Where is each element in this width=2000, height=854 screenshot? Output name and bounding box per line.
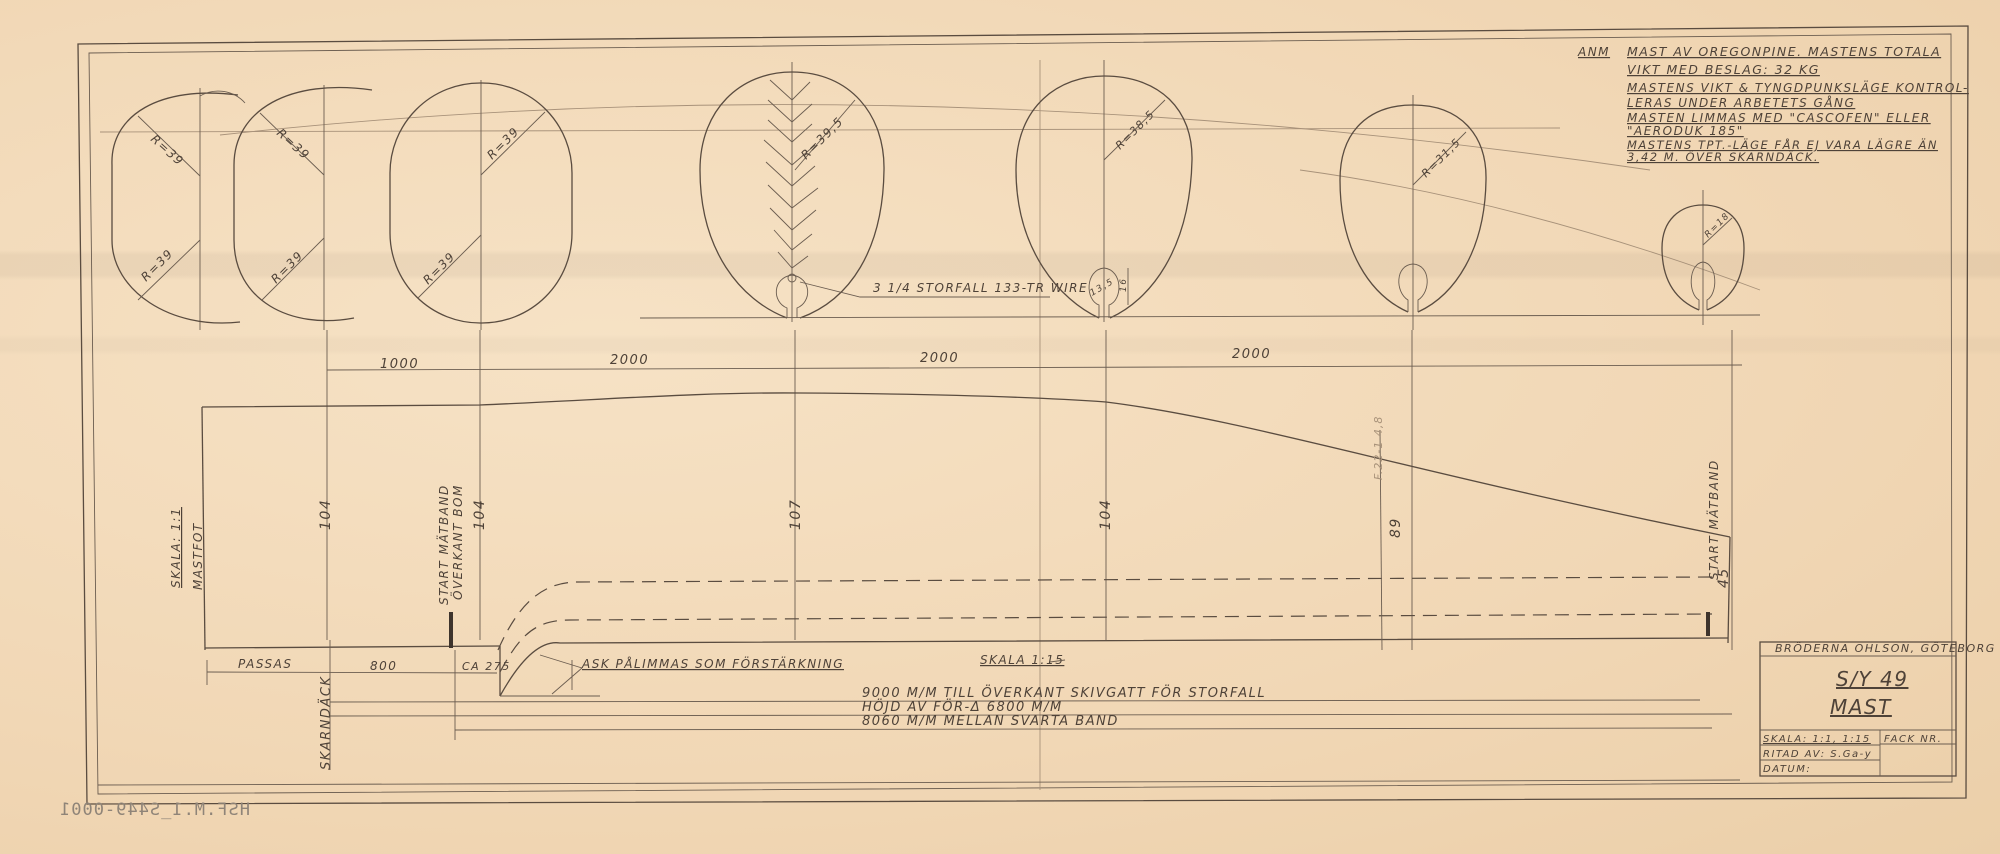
svg-text:MAST AV OREGONPINE. MASTENS TO: MAST AV OREGONPINE. MASTENS TOTALA [1627,44,1941,59]
svg-text:SKALA 1:15: SKALA 1:15 [980,653,1064,667]
svg-text:16: 16 [1119,278,1129,292]
svg-text:SKALA: 1:1: SKALA: 1:1 [169,507,183,588]
svg-text:MASTEN LIMMAS MED "CASCOFEN" E: MASTEN LIMMAS MED "CASCOFEN" ELLER [1627,111,1931,125]
svg-text:9000 M/M TILL ÖVERKANT SKIVGAT: 9000 M/M TILL ÖVERKANT SKIVGATT FÖR STOR… [862,684,1266,701]
archive-stamp: HSF.M.1_S449-0001 [59,800,250,820]
svg-text:R=39: R=39 [138,246,176,284]
drawing-sheet: R=39 R=39 R=39 R=39 R=39 R=39 [0,0,2000,854]
svg-text:8060 M/M MELLAN SVARTA BAND: 8060 M/M MELLAN SVARTA BAND [862,714,1119,729]
profile-notes: ASK PÅLIMMAS SOM FÖRSTÄRKNING SKALA 1:15… [581,653,1266,729]
svg-text:S/Y 49: S/Y 49 [1836,667,1908,691]
svg-text:104: 104 [472,499,488,530]
svg-text:HÖJD AV FÖR-Δ 6800 M/M: HÖJD AV FÖR-Δ 6800 M/M [862,698,1063,715]
svg-text:ANM: ANM [1577,45,1610,59]
svg-text:PASSAS: PASSAS [238,657,292,671]
svg-text:104: 104 [318,499,334,530]
svg-text:MAST: MAST [1830,695,1892,719]
svg-text:R=39,5: R=39,5 [798,114,846,162]
svg-text:MASTENS VIKT & TYNGDPUNKSLÄGE: MASTENS VIKT & TYNGDPUNKSLÄGE KONTROL- [1627,80,1969,95]
svg-text:R=38,5: R=38,5 [1113,107,1158,152]
svg-text:ASK PÅLIMMAS SOM FÖRSTÄRKNING: ASK PÅLIMMAS SOM FÖRSTÄRKNING [581,655,844,671]
svg-text:R=31,5: R=31,5 [1419,135,1464,180]
svg-text:3,42 M. ÖVER SKARNDÄCK.: 3,42 M. ÖVER SKARNDÄCK. [1627,148,1819,164]
svg-text:MASTFOT: MASTFOT [191,522,205,590]
svg-text:R=39: R=39 [420,249,458,287]
svg-text:F.22-1 4,8: F.22-1 4,8 [1372,416,1385,480]
svg-text:2000: 2000 [1232,347,1271,362]
svg-text:SKARNDÄCK: SKARNDÄCK [318,676,334,770]
svg-text:START MÄTBAND: START MÄTBAND [436,484,451,605]
notes-block: ANM MAST AV OREGONPINE. MASTENS TOTALA V… [1577,44,1969,164]
bottom-rule [98,780,1740,785]
station-dimensions: 1000 2000 2000 2000 [327,330,1742,650]
svg-text:2000: 2000 [920,351,959,366]
cross-section-4: R=39,5 3 1/4 STORFALL 133-TR WIRE [700,62,1088,322]
cross-section-7: R=18 [1662,190,1744,325]
svg-text:"AERODUK 185": "AERODUK 185" [1627,124,1744,138]
title-block: BRÖDERNA OHLSON, GÖTEBORG S/Y 49 MAST SK… [1760,642,1996,776]
svg-text:DATUM:: DATUM: [1763,764,1811,775]
mast-profile [202,393,1730,696]
svg-text:89: 89 [1388,517,1404,538]
svg-text:VIKT MED BESLAG: 32 KG: VIKT MED BESLAG: 32 KG [1627,62,1820,77]
cross-section-1: R=39 R=39 [112,88,245,330]
svg-text:LERAS UNDER ARBETETS GÅNG: LERAS UNDER ARBETETS GÅNG [1627,95,1855,110]
svg-text:2000: 2000 [610,353,649,368]
svg-text:13,5: 13,5 [1089,277,1117,299]
construction-lines [100,60,1760,790]
svg-text:CA 275: CA 275 [462,660,511,673]
svg-text:R=39: R=39 [268,248,306,286]
cross-section-2: R=39 R=39 [234,85,372,330]
svg-text:RITAD AV: S.Ga-y: RITAD AV: S.Ga-y [1763,749,1872,760]
svg-text:800: 800 [370,659,397,673]
svg-text:SKALA: 1:1, 1:15: SKALA: 1:1, 1:15 [1763,734,1871,745]
svg-text:104: 104 [1098,499,1114,530]
cross-section-6: R=31,5 [1340,95,1486,330]
svg-text:ÖVERKANT BOM: ÖVERKANT BOM [449,484,465,600]
lamination-hatching [764,80,818,268]
svg-text:3 1/4 STORFALL 133-TR WIRE: 3 1/4 STORFALL 133-TR WIRE [873,281,1088,295]
svg-text:FACK NR.: FACK NR. [1884,734,1942,745]
svg-text:BRÖDERNA OHLSON, GÖTEBORG: BRÖDERNA OHLSON, GÖTEBORG [1775,642,1996,655]
svg-text:1000: 1000 [380,357,419,372]
height-dimensions: 104 104 107 104 89 45 F.22-1 4,8 [318,416,1732,588]
svg-text:R=18: R=18 [1703,211,1732,240]
mast-drawing: R=39 R=39 R=39 R=39 R=39 R=39 [0,0,2000,854]
svg-text:START MÄTBAND: START MÄTBAND [1706,459,1721,580]
svg-text:R=39: R=39 [484,124,522,162]
svg-text:R=39: R=39 [148,132,187,169]
svg-text:107: 107 [788,499,804,530]
